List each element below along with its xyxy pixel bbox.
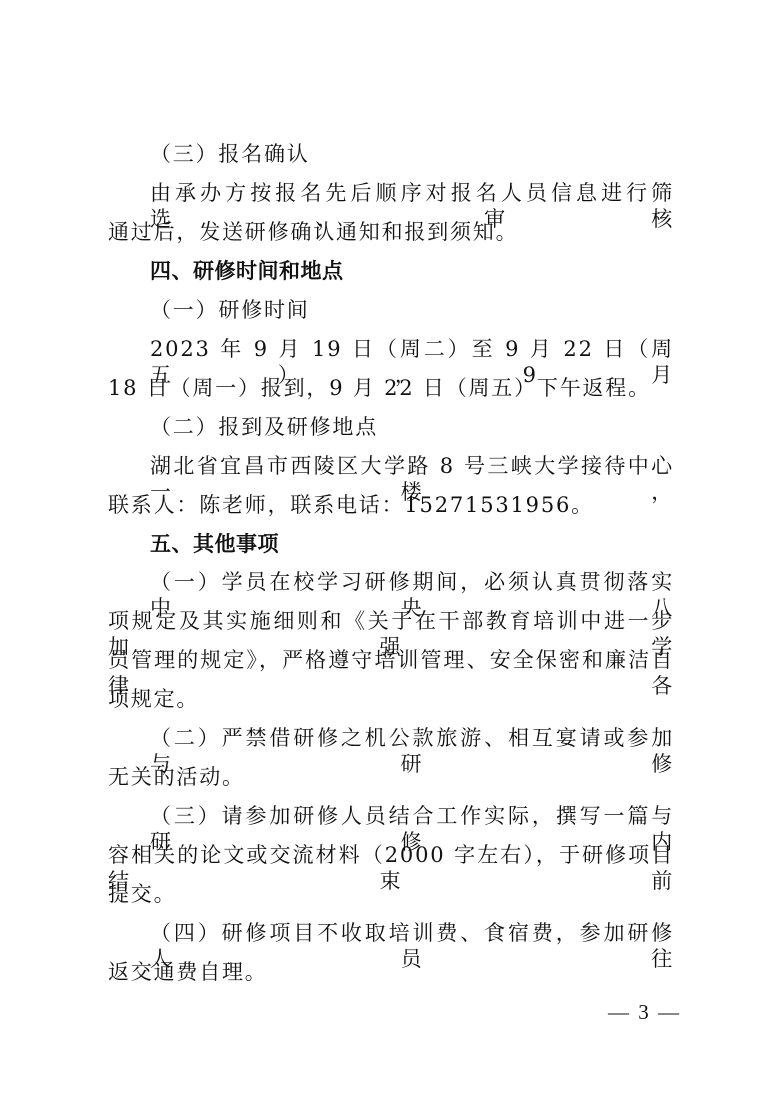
- paragraph-line: 无关的活动。: [108, 764, 674, 790]
- paragraph-line: 通过后，发送研修确认通知和报到须知。: [108, 219, 674, 245]
- subsection-heading-location: （二）报到及研修地点: [150, 414, 716, 440]
- paragraph-line: 18 日（周一）报到，9 月 22 日（周五）下午返程。: [108, 375, 674, 401]
- section-heading-time-location: 四、研修时间和地点: [150, 258, 716, 284]
- section-heading-other-matters: 五、其他事项: [150, 531, 716, 557]
- subsection-heading-registration-confirmation: （三）报名确认: [150, 141, 716, 167]
- document-page: （三）报名确认 由承办方按报名先后顺序对报名人员信息进行筛选，审核 通过后，发送…: [0, 0, 781, 1093]
- subsection-heading-time: （一）研修时间: [150, 297, 716, 323]
- paragraph-line: 返交通费自理。: [108, 959, 674, 985]
- paragraph-line-contact: 联系人：陈老师，联系电话：15271531956。: [108, 492, 674, 518]
- paragraph-line: 项规定。: [108, 686, 674, 712]
- paragraph-line: 提交。: [108, 881, 674, 907]
- page-number: — 3 —: [608, 999, 681, 1025]
